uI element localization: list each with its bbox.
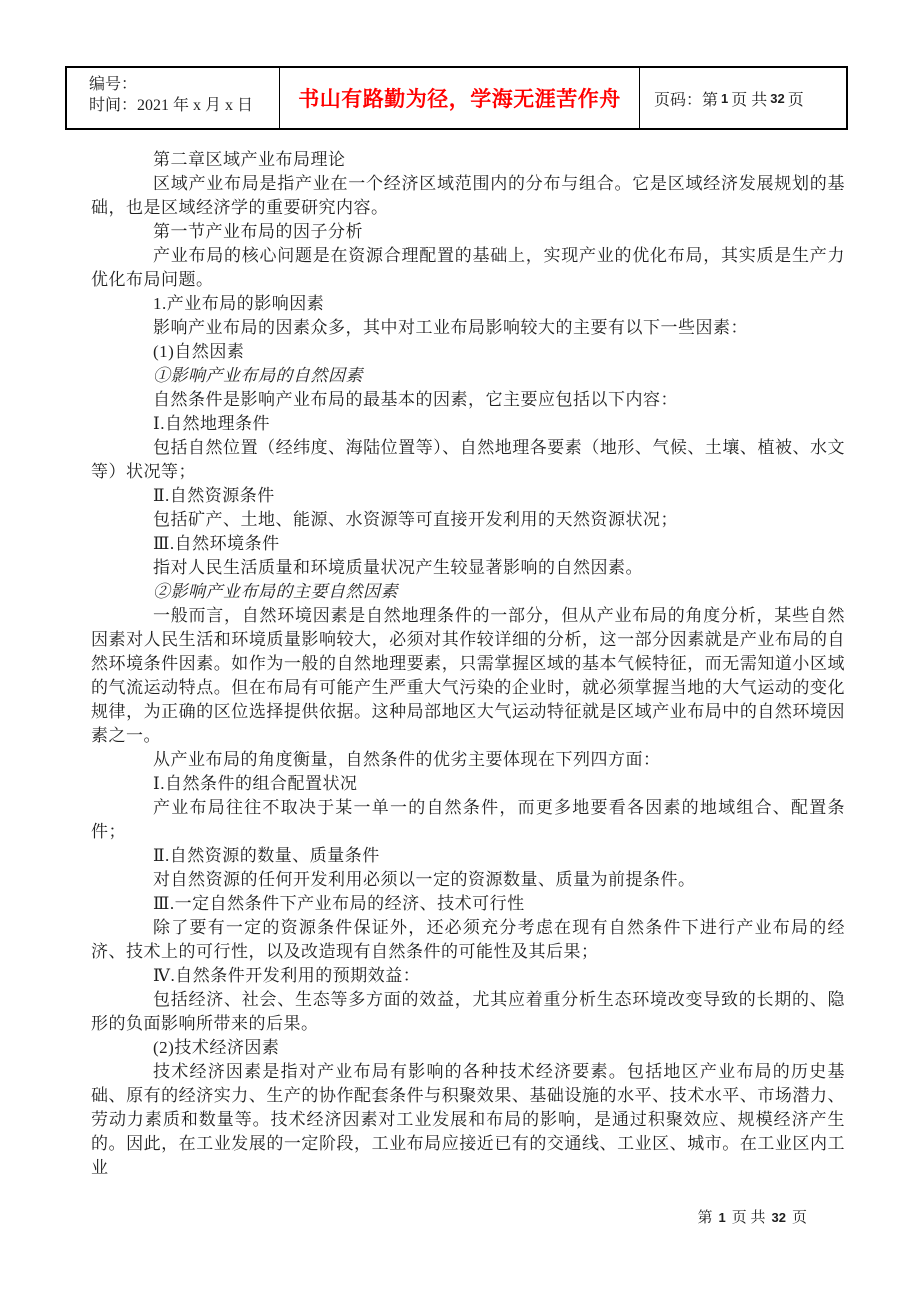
paragraph: Ⅱ.自然资源的数量、质量条件 bbox=[91, 844, 845, 868]
paragraph: 技术经济因素是指对产业布局有影响的各种技术经济要素。包括地区产业布局的历史基础、… bbox=[91, 1060, 845, 1180]
paragraph: Ⅰ.自然地理条件 bbox=[91, 412, 845, 436]
header-meta-cell: 编号： 时间：2021 年 x 月 x 日 bbox=[67, 68, 280, 128]
paragraph: 从产业布局的角度衡量，自然条件的优劣主要体现在下列四方面： bbox=[91, 748, 845, 772]
paragraph: 指对人民生活质量和环境质量状况产生较显著影响的自然因素。 bbox=[91, 556, 845, 580]
paragraph: Ⅰ.自然条件的组合配置状况 bbox=[91, 772, 845, 796]
header-banner-cell: 书山有路勤为径，学海无涯苦作舟 bbox=[280, 68, 640, 128]
page-info-suffix: 页 bbox=[788, 87, 804, 110]
paragraph: 包括自然位置（经纬度、海陆位置等）、自然地理各要素（地形、气候、土壤、植被、水文… bbox=[91, 436, 845, 484]
document-body: 第二章区域产业布局理论区域产业布局是指产业在一个经济区域范围内的分布与组合。它是… bbox=[91, 148, 845, 1180]
paragraph: Ⅱ.自然资源条件 bbox=[91, 484, 845, 508]
footer-total-pages: 32 bbox=[771, 1210, 787, 1225]
paragraph: ①影响产业布局的自然因素 bbox=[91, 364, 845, 388]
header-table: 编号： 时间：2021 年 x 月 x 日 书山有路勤为径，学海无涯苦作舟 页码… bbox=[65, 66, 848, 130]
paragraph: 区域产业布局是指产业在一个经济区域范围内的分布与组合。它是区域经济发展规划的基础… bbox=[91, 172, 845, 220]
paragraph: Ⅳ.自然条件开发利用的预期效益： bbox=[91, 964, 845, 988]
paragraph: 第一节产业布局的因子分析 bbox=[91, 220, 845, 244]
paragraph: 产业布局往往不取决于某一单一的自然条件，而更多地要看各因素的地域组合、配置条件； bbox=[91, 796, 845, 844]
doc-number-label: 编号： bbox=[89, 74, 279, 95]
paragraph: 第二章区域产业布局理论 bbox=[91, 148, 845, 172]
paragraph: 对自然资源的任何开发利用必须以一定的资源数量、质量为前提条件。 bbox=[91, 868, 845, 892]
paragraph: Ⅲ.一定自然条件下产业布局的经济、技术可行性 bbox=[91, 892, 845, 916]
doc-date-label: 时间：2021 年 x 月 x 日 bbox=[89, 95, 279, 116]
paragraph: (2)技术经济因素 bbox=[91, 1036, 845, 1060]
footer-suffix: 页 bbox=[792, 1206, 807, 1227]
paragraph: (1)自然因素 bbox=[91, 340, 845, 364]
page-info-mid: 页 共 bbox=[731, 87, 767, 110]
paragraph: 1.产业布局的影响因素 bbox=[91, 292, 845, 316]
paragraph: 包括经济、社会、生态等多方面的效益，尤其应着重分析生态环境改变导致的长期的、隐形… bbox=[91, 988, 845, 1036]
document-page: { "header": { "left": { "line1": "编号：", … bbox=[0, 0, 920, 1302]
page-footer: 第 1 页 共 32 页 bbox=[698, 1206, 808, 1227]
paragraph: 包括矿产、土地、能源、水资源等可直接开发利用的天然资源状况； bbox=[91, 508, 845, 532]
paragraph: 影响产业布局的因素众多，其中对工业布局影响较大的主要有以下一些因素： bbox=[91, 316, 845, 340]
page-info-current: 1 bbox=[718, 91, 731, 106]
paragraph: 一般而言，自然环境因素是自然地理条件的一部分，但从产业布局的角度分析，某些自然因… bbox=[91, 604, 845, 748]
paragraph: 除了要有一定的资源条件保证外，还必须充分考虑在现有自然条件下进行产业布局的经济、… bbox=[91, 916, 845, 964]
page-info-total: 32 bbox=[767, 91, 787, 106]
footer-prefix: 第 bbox=[698, 1206, 713, 1227]
motto-banner: 书山有路勤为径，学海无涯苦作舟 bbox=[298, 83, 621, 113]
paragraph: 自然条件是影响产业布局的最基本的因素，它主要应包括以下内容： bbox=[91, 388, 845, 412]
page-info-prefix: 页码：第 bbox=[654, 87, 718, 110]
paragraph: 产业布局的核心问题是在资源合理配置的基础上，实现产业的优化布局，其实质是生产力优… bbox=[91, 244, 845, 292]
paragraph: Ⅲ.自然环境条件 bbox=[91, 532, 845, 556]
footer-page-number: 1 bbox=[718, 1210, 727, 1225]
header-page-cell: 页码：第 1 页 共 32 页 bbox=[640, 68, 846, 128]
footer-mid: 页 共 bbox=[732, 1206, 766, 1227]
paragraph: ②影响产业布局的主要自然因素 bbox=[91, 580, 845, 604]
